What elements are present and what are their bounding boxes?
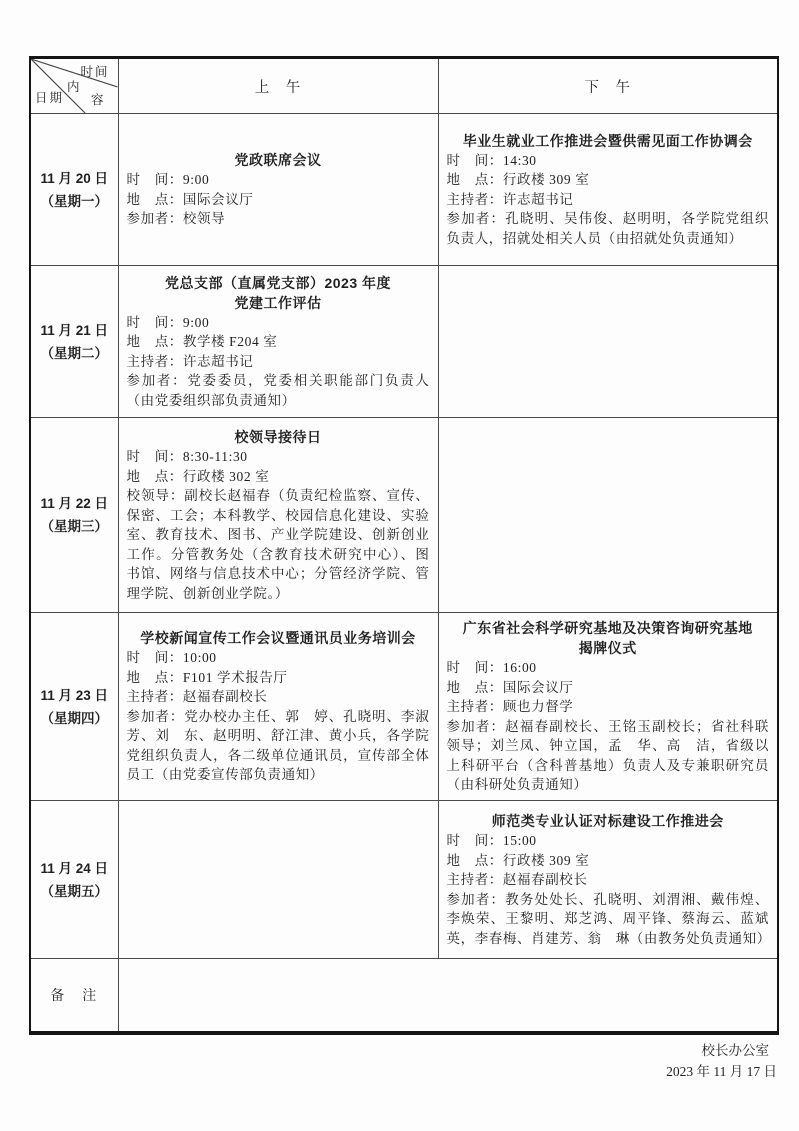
afternoon-cell-nov20: 毕业生就业工作推进会暨供需见面工作协调会 时 间：14:30 地 点：行政楼 3… — [438, 114, 778, 266]
morning-cell-nov23: 学校新闻宣传工作会议暨通讯员业务培训会 时 间：10:00 地 点：F101 学… — [118, 613, 438, 801]
corner-label-content-1: 内 — [67, 77, 82, 95]
weekday-text: （星期四） — [39, 707, 110, 730]
event-place: 地 点：行政楼 309 室 — [447, 170, 770, 190]
document-footer: 校长办公室 2023 年 11 月 17 日 — [29, 1040, 777, 1082]
event-place: 地 点：行政楼 309 室 — [447, 851, 770, 871]
schedule-document-page: 时间 内 容 日期 上 午 下 午 11 月 20 日 （星期一） 党政联席会议… — [0, 0, 799, 1131]
event-title: 党政联席会议 — [127, 150, 430, 170]
weekday-text: （星期二） — [39, 342, 110, 365]
event-place: 地 点：国际会议厅 — [447, 678, 770, 698]
event-participants: 参加者：党办校办主任、郭 婷、孔晓明、李淑芳、刘 东、赵明明、舒江津、黄小兵，各… — [127, 707, 430, 785]
event-participants: 参加者：赵福春副校长、王铭玉副校长；省社科联领导；刘兰凤、钟立国，孟 华、高 洁… — [447, 717, 770, 795]
event-title: 广东省社会科学研究基地及决策咨询研究基地 — [447, 618, 770, 638]
schedule-row-nov20: 11 月 20 日 （星期一） 党政联席会议 时 间：9:00 地 点：国际会议… — [30, 114, 778, 266]
afternoon-cell-nov24: 师范类专业认证对标建设工作推进会 时 间：15:00 地 点：行政楼 309 室… — [438, 801, 778, 959]
corner-label-time: 时间 — [80, 62, 109, 80]
header-row: 时间 内 容 日期 上 午 下 午 — [30, 58, 778, 114]
morning-cell-nov21: 党总支部（直属党支部）2023 年度 党建工作评估 时 间：9:00 地 点：教… — [118, 266, 438, 418]
afternoon-cell-nov21-empty — [438, 266, 778, 418]
weekday-text: （星期五） — [39, 880, 110, 903]
event-title: 党总支部（直属党支部）2023 年度 — [127, 273, 430, 293]
event-title: 师范类专业认证对标建设工作推进会 — [447, 811, 770, 831]
diagonal-corner-cell: 时间 内 容 日期 — [30, 58, 118, 114]
afternoon-cell-nov23: 广东省社会科学研究基地及决策咨询研究基地 揭牌仪式 时 间：16:00 地 点：… — [438, 613, 778, 801]
footer-date: 2023 年 11 月 17 日 — [29, 1061, 777, 1082]
event-title: 校领导接待日 — [127, 427, 430, 447]
corner-label-date: 日期 — [35, 88, 64, 106]
event-host: 主持者：顾也力督学 — [447, 697, 770, 717]
date-cell-nov22: 11 月 22 日 （星期三） — [30, 418, 118, 613]
event-host: 主持者：许志超书记 — [447, 190, 770, 210]
date-cell-nov20: 11 月 20 日 （星期一） — [30, 114, 118, 266]
event-time: 时 间：15:00 — [447, 831, 770, 851]
event-host: 主持者：许志超书记 — [127, 352, 430, 372]
weekday-text: （星期三） — [39, 515, 110, 538]
event-participants: 参加者：孔晓明、吴伟俊、赵明明，各学院党组织负责人，招就处相关人员（由招就处负责… — [447, 209, 770, 248]
date-text: 11 月 22 日 — [39, 492, 110, 515]
date-text: 11 月 24 日 — [39, 857, 110, 880]
morning-cell-nov22: 校领导接待日 时 间：8:30-11:30 地 点：行政楼 302 室 校领导：… — [118, 418, 438, 613]
event-time: 时 间：8:30-11:30 — [127, 447, 430, 467]
schedule-row-nov21: 11 月 21 日 （星期二） 党总支部（直属党支部）2023 年度 党建工作评… — [30, 266, 778, 418]
remark-content-cell — [118, 959, 778, 1033]
remark-row: 备 注 — [30, 959, 778, 1033]
event-title-line2: 揭牌仪式 — [447, 638, 770, 658]
event-place: 地 点：F101 学术报告厅 — [127, 668, 430, 688]
remark-label-cell: 备 注 — [30, 959, 118, 1033]
event-time: 时 间：16:00 — [447, 658, 770, 678]
weekly-schedule-table: 时间 内 容 日期 上 午 下 午 11 月 20 日 （星期一） 党政联席会议… — [29, 56, 779, 1035]
schedule-row-nov24: 11 月 24 日 （星期五） 师范类专业认证对标建设工作推进会 时 间：15:… — [30, 801, 778, 959]
event-title: 学校新闻宣传工作会议暨通讯员业务培训会 — [127, 628, 430, 648]
column-header-morning: 上 午 — [118, 58, 438, 114]
event-participants: 参加者：党委委员，党委相关职能部门负责人（由党委组织部负责通知） — [127, 371, 430, 410]
afternoon-cell-nov22-empty — [438, 418, 778, 613]
event-time: 时 间：10:00 — [127, 648, 430, 668]
date-text: 11 月 23 日 — [39, 684, 110, 707]
event-place: 地 点：教学楼 F204 室 — [127, 332, 430, 352]
event-place: 地 点：国际会议厅 — [127, 190, 430, 210]
event-leaders: 校领导：副校长赵福春（负责纪检监察、宣传、保密、工会；本科教学、校园信息化建设、… — [127, 486, 430, 603]
event-place: 地 点：行政楼 302 室 — [127, 467, 430, 487]
event-time: 时 间：9:00 — [127, 313, 430, 333]
footer-office: 校长办公室 — [29, 1040, 777, 1061]
date-text: 11 月 20 日 — [39, 167, 110, 190]
weekday-text: （星期一） — [39, 190, 110, 213]
event-host: 主持者：赵福春副校长 — [447, 870, 770, 890]
date-cell-nov21: 11 月 21 日 （星期二） — [30, 266, 118, 418]
column-header-afternoon: 下 午 — [438, 58, 778, 114]
date-cell-nov24: 11 月 24 日 （星期五） — [30, 801, 118, 959]
event-time: 时 间：14:30 — [447, 151, 770, 171]
date-text: 11 月 21 日 — [39, 319, 110, 342]
event-participants: 参加者：校领导 — [127, 209, 430, 229]
schedule-row-nov23: 11 月 23 日 （星期四） 学校新闻宣传工作会议暨通讯员业务培训会 时 间：… — [30, 613, 778, 801]
event-title: 毕业生就业工作推进会暨供需见面工作协调会 — [447, 131, 770, 151]
morning-cell-nov20: 党政联席会议 时 间：9:00 地 点：国际会议厅 参加者：校领导 — [118, 114, 438, 266]
date-cell-nov23: 11 月 23 日 （星期四） — [30, 613, 118, 801]
schedule-row-nov22: 11 月 22 日 （星期三） 校领导接待日 时 间：8:30-11:30 地 … — [30, 418, 778, 613]
event-title-line2: 党建工作评估 — [127, 293, 430, 313]
event-participants: 参加者：教务处处长、孔晓明、刘渭湘、戴伟煌、李焕荣、王黎明、郑芝鸿、周平锋、蔡海… — [447, 890, 770, 949]
corner-label-content-2: 容 — [91, 90, 106, 108]
morning-cell-nov24-empty — [118, 801, 438, 959]
event-host: 主持者：赵福春副校长 — [127, 687, 430, 707]
event-time: 时 间：9:00 — [127, 170, 430, 190]
